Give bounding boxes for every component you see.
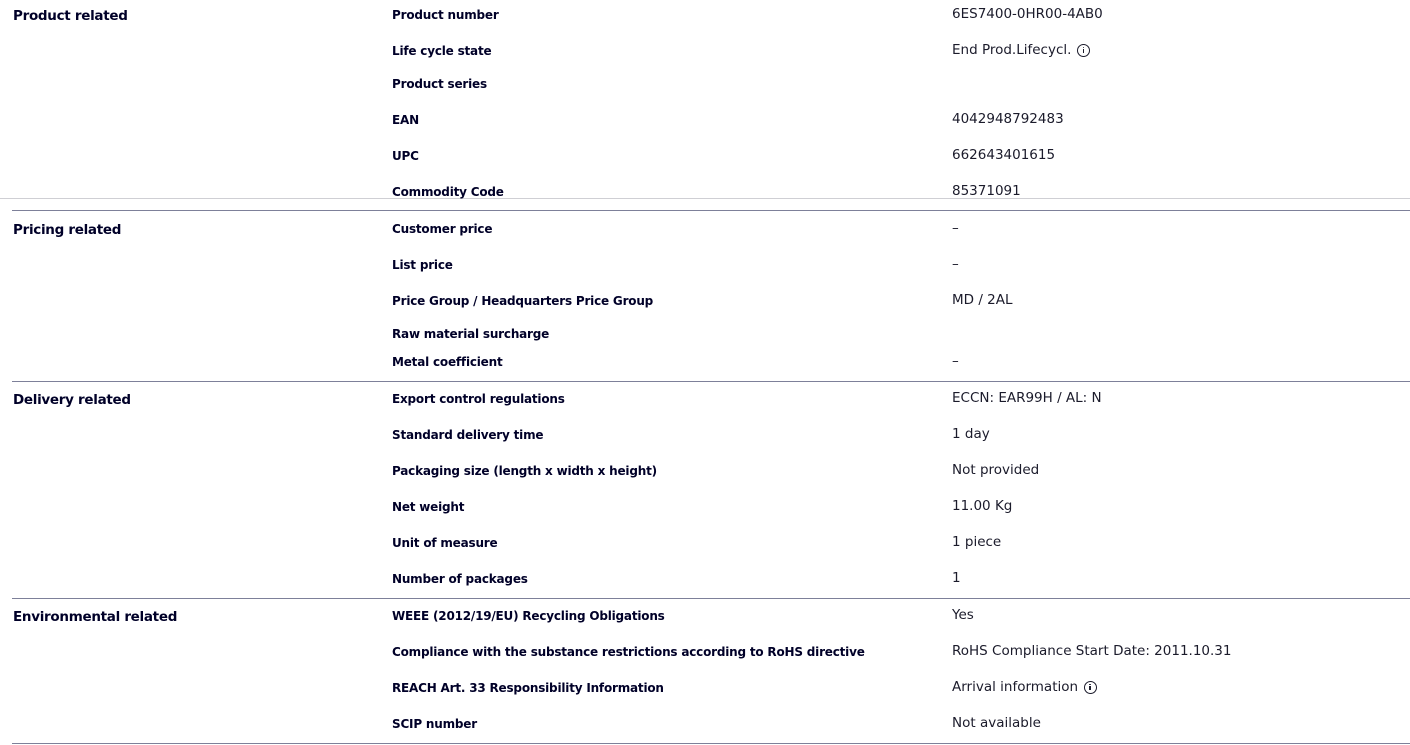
- row-value: End Prod.Lifecycl.: [952, 42, 1090, 58]
- section-title: Delivery related: [13, 392, 131, 408]
- row-value: RoHS Compliance Start Date: 2011.10.31: [952, 643, 1231, 659]
- row-value: –: [952, 256, 959, 272]
- row-label: Unit of measure: [392, 536, 497, 550]
- section-delivery-related: Delivery related Export control regulati…: [12, 392, 1410, 599]
- row-label: Standard delivery time: [392, 428, 543, 442]
- row-value: MD / 2AL: [952, 292, 1013, 308]
- detail-row-commodity-code: Commodity Code 85371091: [392, 185, 1410, 221]
- row-label: REACH Art. 33 Responsibility Information: [392, 681, 664, 695]
- info-icon[interactable]: [1077, 44, 1090, 57]
- row-label: UPC: [392, 149, 419, 163]
- product-details-table: Product related Product number 6ES7400-0…: [0, 0, 1410, 745]
- detail-row-scip-number: SCIP number Not available: [392, 717, 1410, 745]
- section-environmental-related: Environmental related WEEE (2012/19/EU) …: [12, 609, 1410, 744]
- detail-row-weee: WEEE (2012/19/EU) Recycling Obligations …: [392, 609, 1410, 645]
- detail-row-packaging-size: Packaging size (length x width x height)…: [392, 464, 1410, 500]
- row-value: –: [952, 220, 959, 236]
- row-label: Customer price: [392, 222, 492, 236]
- section-title: Environmental related: [13, 609, 177, 625]
- row-value: 6ES7400-0HR00-4AB0: [952, 6, 1103, 22]
- row-label: Packaging size (length x width x height): [392, 464, 657, 478]
- row-value: –: [952, 353, 959, 369]
- section-title: Pricing related: [13, 222, 121, 238]
- row-label: Product number: [392, 8, 499, 22]
- row-label: Export control regulations: [392, 392, 565, 406]
- row-label: Life cycle state: [392, 44, 491, 58]
- row-label: EAN: [392, 113, 419, 127]
- row-label: Compliance with the substance restrictio…: [392, 645, 865, 659]
- row-label: Commodity Code: [392, 185, 504, 199]
- row-label: Metal coefficient: [392, 355, 503, 369]
- detail-row-upc: UPC 662643401615: [392, 149, 1410, 185]
- row-label: Number of packages: [392, 572, 528, 586]
- row-value: 11.00 Kg: [952, 498, 1012, 514]
- section-product-related: Product related Product number 6ES7400-0…: [12, 8, 1410, 211]
- section-title: Product related: [13, 8, 128, 24]
- row-value: Not provided: [952, 462, 1039, 478]
- detail-row-life-cycle-state: Life cycle state End Prod.Lifecycl.: [392, 44, 1410, 80]
- detail-row-net-weight: Net weight 11.00 Kg: [392, 500, 1410, 536]
- detail-row-export-control: Export control regulations ECCN: EAR99H …: [392, 392, 1410, 428]
- row-value: 1 piece: [952, 534, 1001, 550]
- row-label: Product series: [392, 77, 487, 91]
- detail-row-product-series: Product series: [392, 77, 1410, 113]
- row-value: 662643401615: [952, 147, 1055, 163]
- detail-row-ean: EAN 4042948792483: [392, 113, 1410, 149]
- detail-row-number-of-packages: Number of packages 1: [392, 572, 1410, 608]
- info-icon[interactable]: [1084, 681, 1097, 694]
- detail-row-customer-price: Customer price –: [392, 222, 1410, 258]
- row-value: ECCN: EAR99H / AL: N: [952, 390, 1102, 406]
- row-value: 1: [952, 570, 961, 586]
- detail-row-unit-of-measure: Unit of measure 1 piece: [392, 536, 1410, 572]
- row-value: Arrival information: [952, 679, 1097, 695]
- row-value: Not available: [952, 715, 1041, 731]
- row-label: Net weight: [392, 500, 464, 514]
- detail-row-price-group: Price Group / Headquarters Price Group M…: [392, 294, 1410, 330]
- row-value: 1 day: [952, 426, 990, 442]
- row-value: 4042948792483: [952, 111, 1064, 127]
- detail-row-reach: REACH Art. 33 Responsibility Information…: [392, 681, 1410, 717]
- section-pricing-related: Pricing related Customer price – List pr…: [12, 222, 1410, 382]
- row-label: List price: [392, 258, 453, 272]
- row-value: 85371091: [952, 183, 1021, 199]
- detail-row-standard-delivery-time: Standard delivery time 1 day: [392, 428, 1410, 464]
- row-label: SCIP number: [392, 717, 477, 731]
- row-label: Raw material surcharge: [392, 327, 549, 341]
- detail-row-product-number: Product number 6ES7400-0HR00-4AB0: [392, 8, 1410, 44]
- row-value: Yes: [952, 607, 974, 623]
- row-label: WEEE (2012/19/EU) Recycling Obligations: [392, 609, 665, 623]
- detail-row-metal-coefficient: Metal coefficient –: [392, 355, 1410, 391]
- detail-row-rohs: Compliance with the substance restrictio…: [392, 645, 1410, 681]
- row-label: Price Group / Headquarters Price Group: [392, 294, 653, 308]
- detail-row-list-price: List price –: [392, 258, 1410, 294]
